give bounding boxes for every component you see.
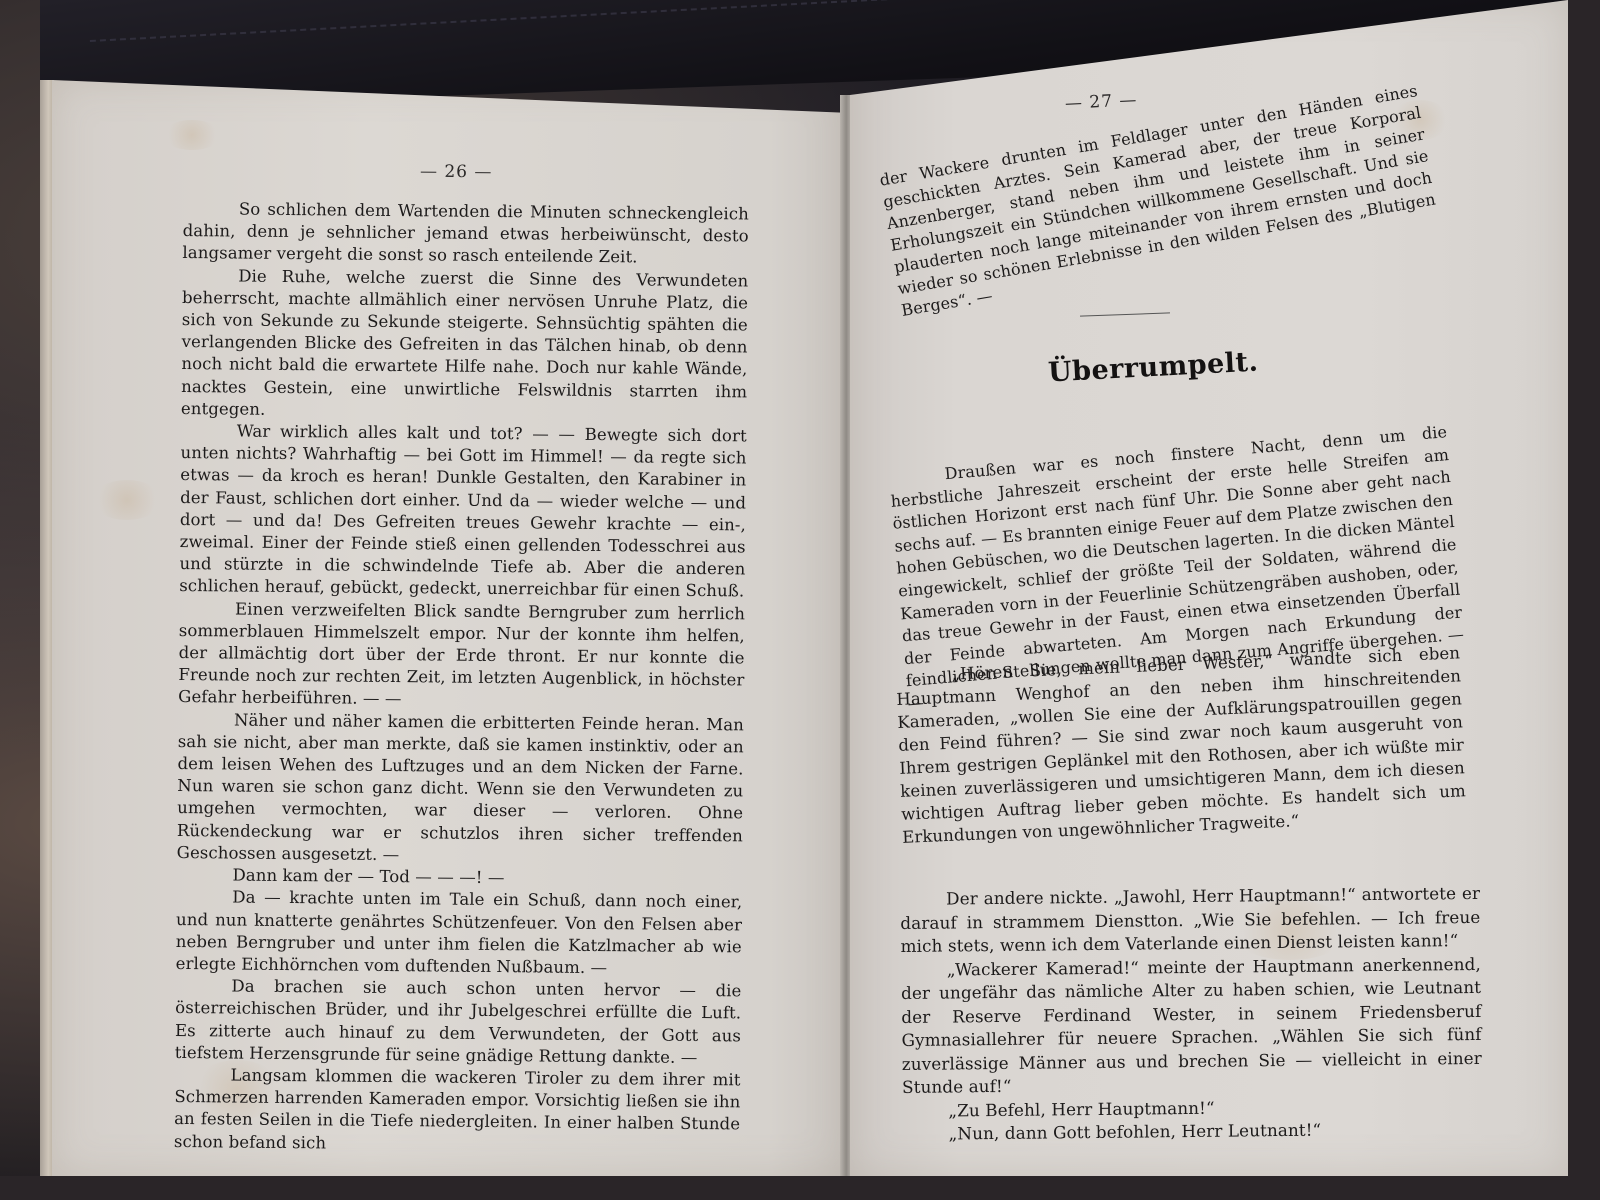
paper-stain <box>162 120 222 150</box>
paragraph: Langsam klommen die wackeren Tiroler zu … <box>174 1064 741 1158</box>
paragraph: Einen verzweifelten Blick sandte Berngru… <box>178 598 745 714</box>
paragraph: Da brachen sie auch schon unten hervor —… <box>175 975 742 1069</box>
paragraph: Der andere nickte. „Jawohl, Herr Hauptma… <box>900 882 1481 959</box>
paragraph: So schlichen dem Wartenden die Minuten s… <box>182 198 749 270</box>
page-stack-edge <box>40 80 54 1176</box>
paper-stain <box>92 480 162 520</box>
paragraph: War wirklich alles kalt und tot? — — Bew… <box>179 420 747 603</box>
left-page-body: So schlichen dem Wartenden die Minuten s… <box>174 198 749 1158</box>
page-number-left: — 26 — <box>420 162 493 183</box>
chapter-dialog-1: „Hören Sie, mein lieber Wester,“ wandte … <box>895 641 1467 848</box>
page-number-right: — 27 — <box>1065 90 1138 114</box>
paragraph: Näher und näher kamen die erbitterten Fe… <box>177 709 744 870</box>
paragraph: Da — krachte unten im Tale ein Schuß, da… <box>176 886 743 980</box>
paragraph: Die Ruhe, welche zuerst die Sinne des Ve… <box>181 265 748 426</box>
paragraph: „Wackerer Kamerad!“ meinte der Hauptmann… <box>901 952 1482 1099</box>
chapter-dialog-2: Der andere nickte. „Jawohl, Herr Hauptma… <box>900 882 1483 1147</box>
paragraph: „Hören Sie, mein lieber Wester,“ wandte … <box>895 641 1467 848</box>
